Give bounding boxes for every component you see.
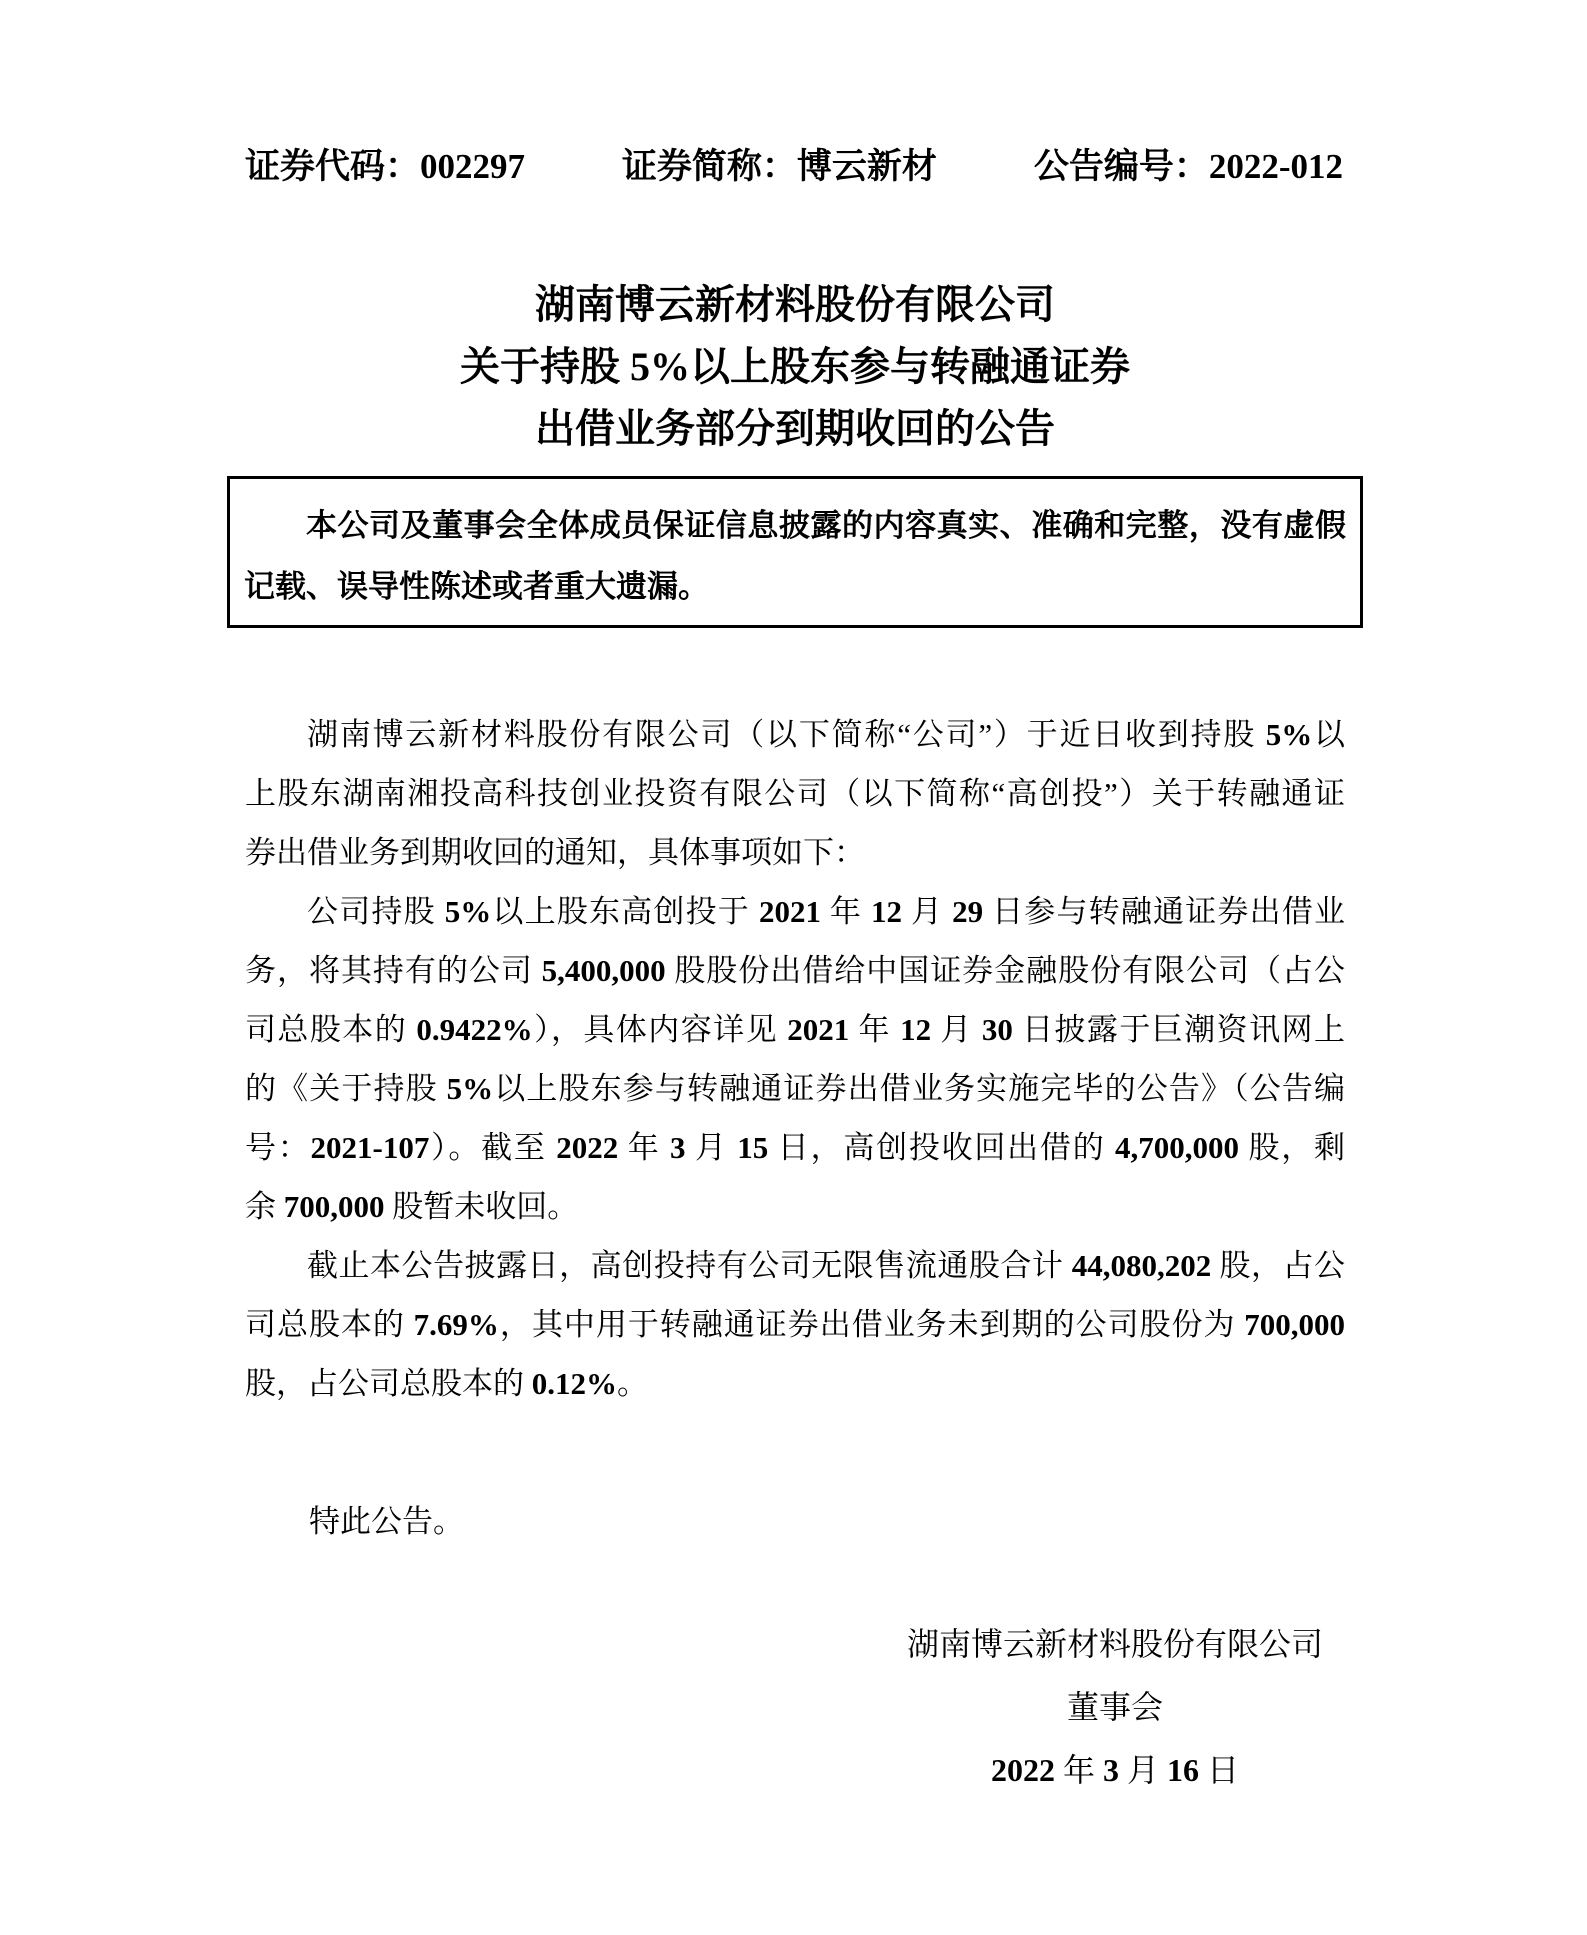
body-line: 余 700,000 股暂未收回。 — [245, 1177, 1345, 1236]
document-header: 证券代码：002297 证券简称：博云新材 公告编号：2022-012 — [245, 146, 1343, 188]
body-line: 股，占公司总股本的 0.12%。 — [245, 1354, 1345, 1413]
signature-date: 2022 年 3 月 16 日 — [898, 1739, 1332, 1802]
body-line: 的《关于持股 5%以上股东参与转融通证券出借业务实施完毕的公告》（公告编 — [245, 1059, 1345, 1118]
body-line: 截止本公告披露日，高创投持有公司无限售流通股合计 44,080,202 股，占公 — [245, 1236, 1345, 1295]
body-line: 司总股本的 0.9422%），具体内容详见 2021 年 12 月 30 日披露… — [245, 1000, 1345, 1059]
body-line: 券出借业务到期收回的通知，具体事项如下： — [245, 823, 1345, 882]
body-line: 务，将其持有的公司 5,400,000 股股份出借给中国证券金融股份有限公司（占… — [245, 941, 1345, 1000]
document-title: 湖南博云新材料股份有限公司 关于持股 5%以上股东参与转融通证券 出借业务部分到… — [245, 274, 1345, 460]
body-line: 公司持股 5%以上股东高创投于 2021 年 12 月 29 日参与转融通证券出… — [245, 882, 1345, 941]
body-line: 司总股本的 7.69%，其中用于转融通证券出借业务未到期的公司股份为 700,0… — [245, 1295, 1345, 1354]
body-line: 湖南博云新材料股份有限公司（以下简称“公司”）于近日收到持股 5%以 — [245, 705, 1345, 764]
stock-code: 证券代码：002297 — [245, 146, 525, 188]
announcement-number: 公告编号：2022-012 — [1034, 146, 1343, 188]
document-body: 湖南博云新材料股份有限公司（以下简称“公司”）于近日收到持股 5%以 上股东湖南… — [245, 705, 1345, 1413]
statement-line: 记载、误导性陈述或者重大遗漏。 — [244, 556, 1346, 617]
signature-board: 董事会 — [898, 1676, 1332, 1739]
signature-company: 湖南博云新材料股份有限公司 — [898, 1613, 1332, 1676]
signature-block: 湖南博云新材料股份有限公司 董事会 2022 年 3 月 16 日 — [898, 1613, 1332, 1802]
statement-box: 本公司及董事会全体成员保证信息披露的内容真实、准确和完整，没有虚假 记载、误导性… — [227, 476, 1363, 628]
title-line-subject: 关于持股 5%以上股东参与转融通证券 — [245, 336, 1345, 398]
document-page: 证券代码：002297 证券简称：博云新材 公告编号：2022-012 湖南博云… — [0, 0, 1587, 1935]
body-line: 上股东湖南湘投高科技创业投资有限公司（以下简称“高创投”）关于转融通证 — [245, 764, 1345, 823]
stock-name: 证券简称：博云新材 — [622, 146, 937, 188]
closing-statement: 特此公告。 — [309, 1492, 464, 1551]
title-line-subject-2: 出借业务部分到期收回的公告 — [245, 398, 1345, 460]
title-line-company: 湖南博云新材料股份有限公司 — [245, 274, 1345, 336]
statement-line: 本公司及董事会全体成员保证信息披露的内容真实、准确和完整，没有虚假 — [244, 495, 1346, 556]
body-line: 号：2021-107）。截至 2022 年 3 月 15 日，高创投收回出借的 … — [245, 1118, 1345, 1177]
